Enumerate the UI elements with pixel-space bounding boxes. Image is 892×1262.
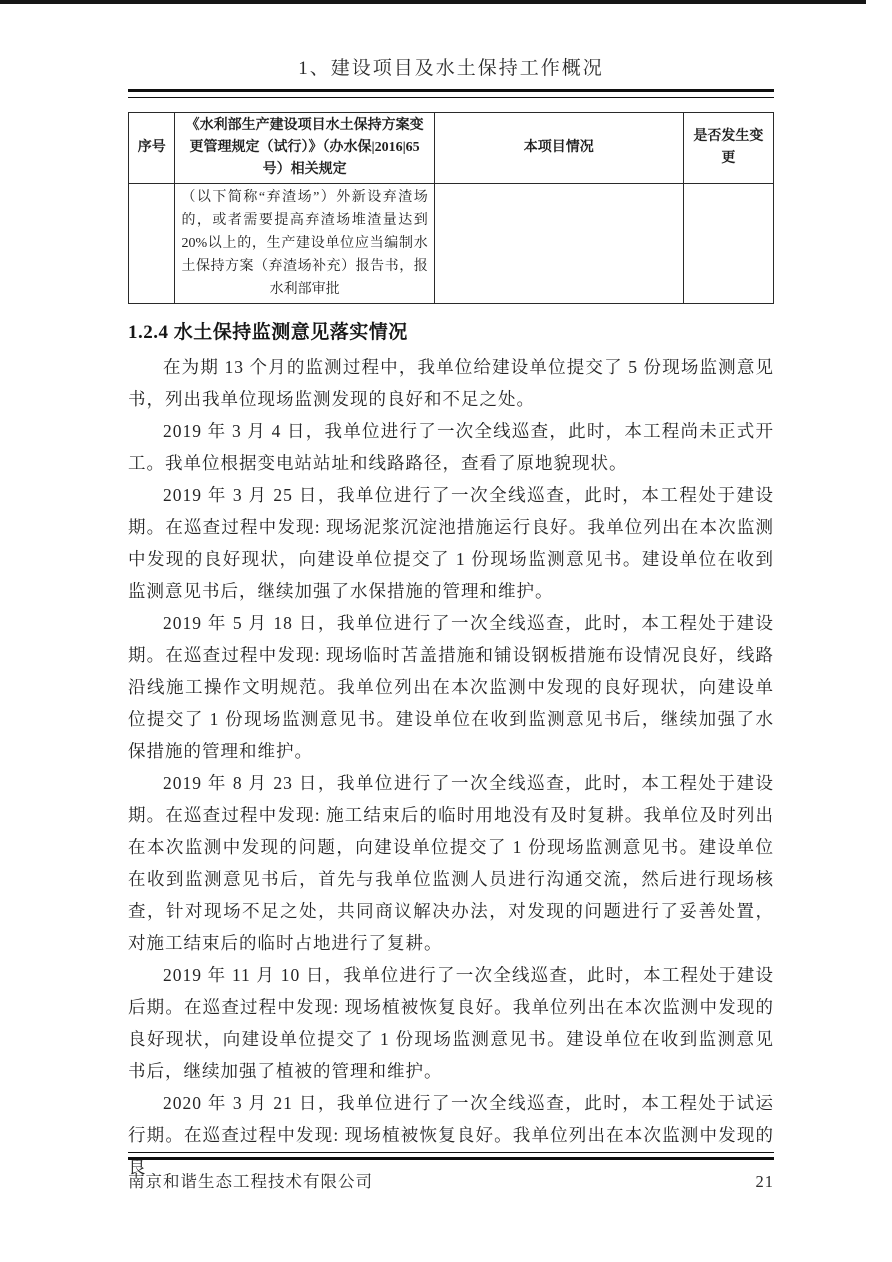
col-header-regulation: 《水利部生产建设项目水土保持方案变更管理规定（试行）》（办水保|2016|65 …: [175, 113, 434, 184]
footer-row: 南京和谐生态工程技术有限公司 21: [128, 1168, 774, 1192]
chapter-heading: 1、建设项目及水土保持工作概况: [128, 54, 774, 84]
header-rule: [128, 89, 774, 98]
footer-rule: [128, 1152, 774, 1160]
col-header-project-status: 本项目情况: [434, 113, 683, 184]
cell-serial: [129, 184, 175, 304]
paragraph-inspection-2019-11-10: 2019 年 11 月 10 日，我单位进行了一次全线巡查，此时，本工程处于建设…: [128, 959, 774, 1087]
paragraph-inspection-2019-05-18: 2019 年 5 月 18 日，我单位进行了一次全线巡查，此时，本工程处于建设期…: [128, 607, 774, 767]
paragraph-inspection-2019-03-04: 2019 年 3 月 4 日，我单位进行了一次全线巡查，此时，本工程尚未正式开工…: [128, 415, 774, 479]
cell-change-flag: [683, 184, 773, 304]
table-row: （以下简称“弃渣场”）外新设弃渣场的，或者需要提高弃渣场堆渣量达到 20%以上的…: [129, 184, 774, 304]
paragraph-inspection-2019-08-23: 2019 年 8 月 23 日，我单位进行了一次全线巡查，此时，本工程处于建设期…: [128, 767, 774, 959]
paragraph-inspection-2019-03-25: 2019 年 3 月 25 日，我单位进行了一次全线巡查，此时，本工程处于建设期…: [128, 479, 774, 607]
col-header-change-flag: 是否发生变更: [683, 113, 773, 184]
document-page: 1、建设项目及水土保持工作概况 序号 《水利部生产建设项目水土保持方案变更管理规…: [0, 0, 892, 1262]
footer-page-number: 21: [756, 1172, 775, 1192]
footer-company: 南京和谐生态工程技术有限公司: [128, 1168, 373, 1192]
page-content: 1、建设项目及水土保持工作概况 序号 《水利部生产建设项目水土保持方案变更管理规…: [128, 0, 774, 1183]
section-heading: 1.2.4 水土保持监测意见落实情况: [128, 317, 774, 344]
change-review-table: 序号 《水利部生产建设项目水土保持方案变更管理规定（试行）》（办水保|2016|…: [128, 112, 774, 304]
paragraph-monitoring-summary: 在为期 13 个月的监测过程中，我单位给建设单位提交了 5 份现场监测意见书，列…: [128, 351, 774, 415]
cell-regulation: （以下简称“弃渣场”）外新设弃渣场的，或者需要提高弃渣场堆渣量达到 20%以上的…: [175, 184, 434, 304]
page-footer: 南京和谐生态工程技术有限公司 21: [128, 1152, 774, 1192]
table-header-row: 序号 《水利部生产建设项目水土保持方案变更管理规定（试行）》（办水保|2016|…: [129, 113, 774, 184]
col-header-serial: 序号: [129, 113, 175, 184]
cell-project-status: [434, 184, 683, 304]
